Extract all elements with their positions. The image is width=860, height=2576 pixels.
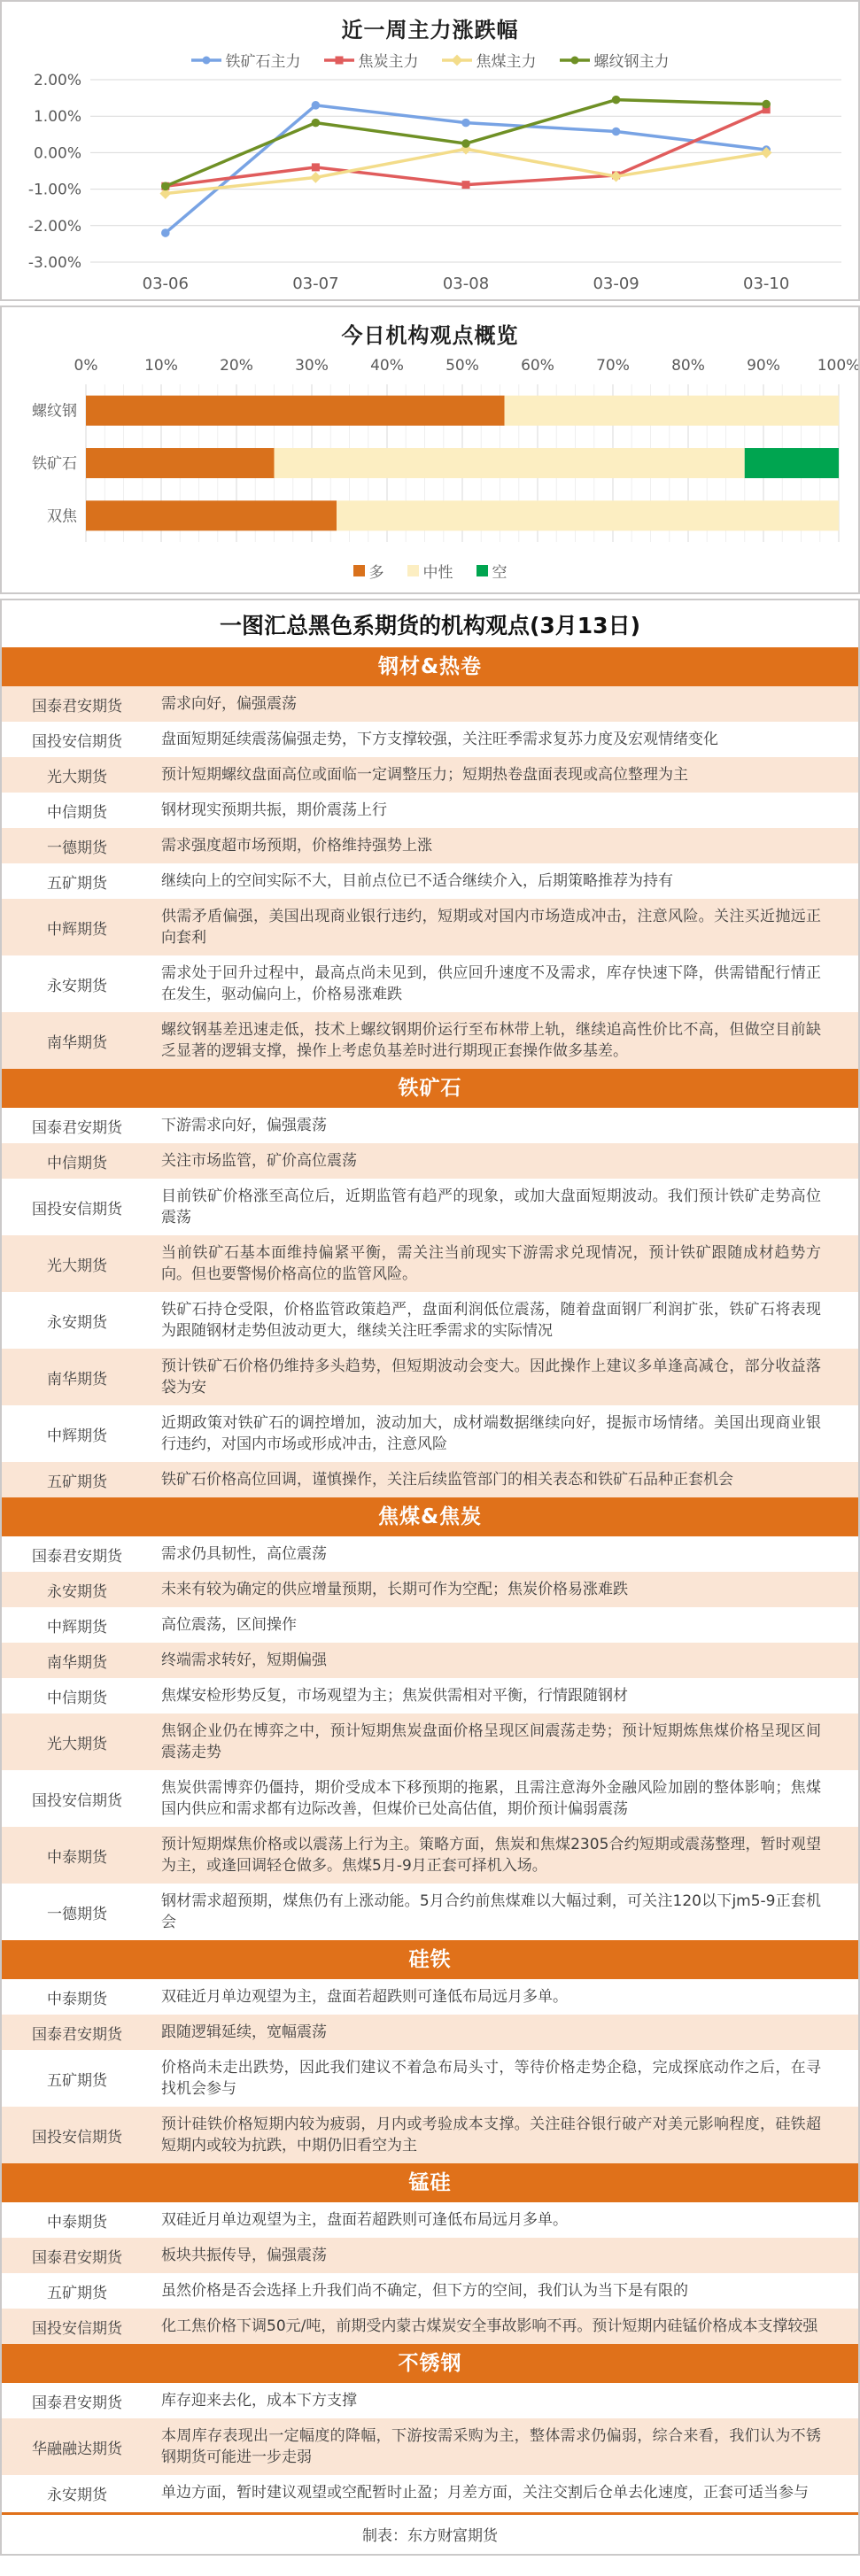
institution-cell: 国泰君安期货 bbox=[2, 2383, 152, 2418]
x-tick-label: 0% bbox=[74, 357, 98, 375]
institution-cell: 中辉期货 bbox=[2, 1405, 152, 1462]
institution-cell: 中信期货 bbox=[2, 1678, 152, 1713]
institution-cell: 光大期货 bbox=[2, 1713, 152, 1770]
table-row: 五矿期货价格尚未走出跌势，因此我们建议不着急布局头寸，等待价格走势企稳，完成探底… bbox=[2, 2050, 858, 2107]
legend-label: 空 bbox=[492, 560, 507, 582]
x-tick-label: 20% bbox=[220, 357, 253, 375]
category-label: 双焦 bbox=[47, 507, 78, 525]
opinion-cell: 焦钢企业仍在博弈之中，预计短期焦炭盘面价格呈现区间震荡走势；预计短期炼焦煤价格呈… bbox=[152, 1713, 821, 1770]
table-row: 永安期货需求处于回升过程中，最高点尚未见到，供应回升速度不及需求，库存快速下降，… bbox=[2, 955, 858, 1012]
opinion-cell: 供需矛盾偏强，美国出现商业银行违约，短期或对国内市场造成冲击，注意风险。关注买近… bbox=[152, 899, 821, 955]
x-tick-label: 10% bbox=[144, 357, 178, 375]
table-row: 永安期货单边方面，暂时建议观望或空配暂时止盈；月差方面，关注交割后仓单去化速度，… bbox=[2, 2475, 858, 2510]
table-row: 国泰君安期货下游需求向好，偏强震荡 bbox=[2, 1108, 858, 1143]
opinion-cell: 跟随逻辑延续，宽幅震荡 bbox=[152, 2015, 821, 2050]
table-row: 永安期货铁矿石持仓受限，价格监管政策趋严，盘面利润低位震荡，随着盘面钢厂利润扩张… bbox=[2, 1292, 858, 1349]
y-tick-label: 1.00% bbox=[34, 108, 81, 126]
institution-cell: 南华期货 bbox=[2, 1349, 152, 1405]
opinion-cell: 需求强度超市场预期，价格维持强势上涨 bbox=[152, 828, 821, 863]
legend-label: 焦炭主力 bbox=[359, 49, 419, 71]
table-row: 中信期货关注市场监管，矿价高位震荡 bbox=[2, 1143, 858, 1179]
table-body: 钢材&热卷国泰君安期货需求向好，偏强震荡国投安信期货盘面短期延续震荡偏强走势，下… bbox=[2, 647, 858, 2510]
legend-label: 中性 bbox=[423, 560, 453, 582]
institution-cell: 国投安信期货 bbox=[2, 2309, 152, 2344]
table-row: 华融融达期货本周库存表现出一定幅度的降幅，下游按需采购为主，整体需求仍偏弱，综合… bbox=[2, 2418, 858, 2475]
x-tick-label: 03-06 bbox=[143, 275, 189, 293]
table-row: 中辉期货供需矛盾偏强，美国出现商业银行违约，短期或对国内市场造成冲击，注意风险。… bbox=[2, 899, 858, 955]
table-row: 一德期货钢材需求超预期，煤焦仍有上涨动能。5月合约前焦煤难以大幅过剩，可关注12… bbox=[2, 1884, 858, 1940]
table-row: 国投安信期货化工焦价格下调50元/吨，前期受内蒙古煤炭安全事故影响不再。预计短期… bbox=[2, 2309, 858, 2344]
opinion-cell: 化工焦价格下调50元/吨，前期受内蒙古煤炭安全事故影响不再。预计短期内硅锰价格成… bbox=[152, 2309, 821, 2344]
x-tick-label: 03-07 bbox=[292, 275, 338, 293]
x-tick-label: 70% bbox=[596, 357, 630, 375]
x-tick-label: 60% bbox=[521, 357, 554, 375]
opinion-cell: 本周库存表现出一定幅度的降幅，下游按需采购为主，整体需求仍偏弱，综合来看，我们认… bbox=[152, 2418, 821, 2475]
legend-item: 多 bbox=[353, 560, 384, 582]
bar-segment-中性 bbox=[505, 396, 839, 426]
institution-cell: 国投安信期货 bbox=[2, 1179, 152, 1235]
institution-cell: 光大期货 bbox=[2, 757, 152, 793]
table-row: 中泰期货双硅近月单边观望为主，盘面若超跌则可逢低布局远月多单。 bbox=[2, 2202, 858, 2238]
legend-marker-icon bbox=[324, 54, 354, 66]
table-row: 南华期货螺纹钢基差迅速走低，技术上螺纹钢期价运行至布林带上轨，继续追高性价比不高… bbox=[2, 1012, 858, 1069]
opinion-cell: 继续向上的空间实际不大，目前点位已不适合继续介入，后期策略推荐为持有 bbox=[152, 863, 821, 899]
table-row: 中辉期货近期政策对铁矿石的调控增加，波动加大，成材端数据继续向好，提振市场情绪。… bbox=[2, 1405, 858, 1462]
section-header: 钢材&热卷 bbox=[2, 647, 858, 686]
x-tick-label: 90% bbox=[747, 357, 780, 375]
y-tick-label: -3.00% bbox=[28, 254, 81, 272]
category-label: 铁矿石 bbox=[32, 455, 77, 473]
opinion-cell: 铁矿石价格高位回调，谨慎操作，关注后续监管部门的相关表态和铁矿石品种正套机会 bbox=[152, 1462, 821, 1497]
table-row: 国泰君安期货板块共振传导，偏强震荡 bbox=[2, 2238, 858, 2273]
institution-cell: 永安期货 bbox=[2, 1572, 152, 1607]
table-row: 五矿期货继续向上的空间实际不大，目前点位已不适合继续介入，后期策略推荐为持有 bbox=[2, 863, 858, 899]
institution-cell: 五矿期货 bbox=[2, 2050, 152, 2107]
institution-cell: 中辉期货 bbox=[2, 899, 152, 955]
x-tick-label: 50% bbox=[445, 357, 479, 375]
table-row: 永安期货未来有较为确定的供应增量预期，长期可作为空配；焦炭价格易涨难跌 bbox=[2, 1572, 858, 1607]
x-tick-label: 80% bbox=[671, 357, 705, 375]
legend-item: 螺纹钢主力 bbox=[560, 49, 670, 71]
opinion-cell: 预计短期煤焦价格或以震荡上行为主。策略方面，焦炭和焦煤2305合约短期或震荡整理… bbox=[152, 1827, 821, 1884]
opinion-cell: 需求仍具韧性，高位震荡 bbox=[152, 1536, 821, 1572]
opinion-cell: 钢材现实预期共振，期价震荡上行 bbox=[152, 793, 821, 828]
institution-cell: 一德期货 bbox=[2, 1884, 152, 1940]
institution-cell: 国泰君安期货 bbox=[2, 1536, 152, 1572]
opinion-cell: 双硅近月单边观望为主，盘面若超跌则可逢低布局远月多单。 bbox=[152, 1979, 821, 2015]
institution-view-bar-chart-panel: 今日机构观点概览 0%10%20%30%40%50%60%70%80%90%10… bbox=[0, 306, 860, 594]
opinion-cell: 库存迎来去化，成本下方支撑 bbox=[152, 2383, 821, 2418]
institution-cell: 国泰君安期货 bbox=[2, 686, 152, 722]
opinion-cell: 铁矿石持仓受限，价格监管政策趋严，盘面利润低位震荡，随着盘面钢厂利润扩张，铁矿石… bbox=[152, 1292, 821, 1349]
table-row: 中泰期货预计短期煤焦价格或以震荡上行为主。策略方面，焦炭和焦煤2305合约短期或… bbox=[2, 1827, 858, 1884]
table-title: 一图汇总黑色系期货的机构观点(3月13日) bbox=[2, 600, 858, 647]
institution-cell: 中泰期货 bbox=[2, 1827, 152, 1884]
table-row: 光大期货当前铁矿石基本面维持偏紧平衡，需关注当前现实下游需求兑现情况，预计铁矿跟… bbox=[2, 1235, 858, 1292]
table-row: 国投安信期货盘面短期延续震荡偏强走势，下方支撑较强，关注旺季需求复苏力度及宏观情… bbox=[2, 722, 858, 757]
legend-item: 焦煤主力 bbox=[442, 49, 537, 71]
table-row: 中辉期货高位震荡，区间操作 bbox=[2, 1607, 858, 1643]
institution-cell: 永安期货 bbox=[2, 955, 152, 1012]
opinion-cell: 价格尚未走出跌势，因此我们建议不着急布局头寸，等待价格走势企稳，完成探底动作之后… bbox=[152, 2050, 821, 2107]
institution-cell: 南华期货 bbox=[2, 1643, 152, 1678]
legend-item: 空 bbox=[476, 560, 507, 582]
bar-chart-title: 今日机构观点概览 bbox=[2, 307, 858, 349]
table-row: 五矿期货虽然价格是否会选择上升我们尚不确定，但下方的空间，我们认为当下是有限的 bbox=[2, 2273, 858, 2309]
opinion-cell: 单边方面，暂时建议观望或空配暂时止盈；月差方面，关注交割后仓单去化速度，正套可适… bbox=[152, 2475, 821, 2510]
institution-cell: 中泰期货 bbox=[2, 1979, 152, 2015]
table-row: 五矿期货铁矿石价格高位回调，谨慎操作，关注后续监管部门的相关表态和铁矿石品种正套… bbox=[2, 1462, 858, 1497]
opinion-cell: 螺纹钢基差迅速走低，技术上螺纹钢期价运行至布林带上轨，继续追高性价比不高，但做空… bbox=[152, 1012, 821, 1069]
table-row: 光大期货焦钢企业仍在博弈之中，预计短期焦炭盘面价格呈现区间震荡走势；预计短期炼焦… bbox=[2, 1713, 858, 1770]
category-label: 螺纹钢 bbox=[32, 403, 77, 421]
bar-segment-多 bbox=[86, 448, 275, 478]
legend-label: 铁矿石主力 bbox=[226, 49, 301, 71]
table-row: 国泰君安期货库存迎来去化，成本下方支撑 bbox=[2, 2383, 858, 2418]
table-row: 中信期货焦煤安检形势反复，市场观望为主；焦炭供需相对平衡，行情跟随钢材 bbox=[2, 1678, 858, 1713]
opinion-cell: 焦煤安检形势反复，市场观望为主；焦炭供需相对平衡，行情跟随钢材 bbox=[152, 1678, 821, 1713]
opinion-cell: 双硅近月单边观望为主，盘面若超跌则可逢低布局远月多单。 bbox=[152, 2202, 821, 2238]
x-tick-label: 40% bbox=[370, 357, 404, 375]
institution-cell: 中泰期货 bbox=[2, 2202, 152, 2238]
institution-cell: 国泰君安期货 bbox=[2, 2238, 152, 2273]
institution-cell: 国投安信期货 bbox=[2, 1770, 152, 1827]
bar-segment-中性 bbox=[337, 500, 839, 530]
institution-cell: 南华期货 bbox=[2, 1012, 152, 1069]
opinion-cell: 终端需求转好，短期偏强 bbox=[152, 1643, 821, 1678]
opinion-cell: 虽然价格是否会选择上升我们尚不确定，但下方的空间，我们认为当下是有限的 bbox=[152, 2273, 821, 2309]
opinion-cell: 下游需求向好，偏强震荡 bbox=[152, 1108, 821, 1143]
table-row: 一德期货需求强度超市场预期，价格维持强势上涨 bbox=[2, 828, 858, 863]
opinion-cell: 预计短期螺纹盘面高位或面临一定调整压力；短期热卷盘面表现或高位整理为主 bbox=[152, 757, 821, 793]
table-row: 国泰君安期货需求仍具韧性，高位震荡 bbox=[2, 1536, 858, 1572]
line-chart-plot: 2.00%1.00%0.00%-1.00%-2.00%-3.00%03-0603… bbox=[2, 71, 858, 299]
opinion-cell: 关注市场监管，矿价高位震荡 bbox=[152, 1143, 821, 1179]
section-header: 不锈钢 bbox=[2, 2344, 858, 2383]
opinion-cell: 需求处于回升过程中，最高点尚未见到，供应回升速度不及需求，库存快速下降，供需错配… bbox=[152, 955, 821, 1012]
opinion-table-panel: 一图汇总黑色系期货的机构观点(3月13日) 钢材&热卷国泰君安期货需求向好，偏强… bbox=[0, 599, 860, 2556]
table-row: 中泰期货双硅近月单边观望为主，盘面若超跌则可逢低布局远月多单。 bbox=[2, 1979, 858, 2015]
section-header: 硅铁 bbox=[2, 1940, 858, 1979]
table-row: 国投安信期货目前铁矿价格涨至高位后，近期监管有趋严的现象，或加大盘面短期波动。我… bbox=[2, 1179, 858, 1235]
opinion-cell: 未来有较为确定的供应增量预期，长期可作为空配；焦炭价格易涨难跌 bbox=[152, 1572, 821, 1607]
institution-cell: 国泰君安期货 bbox=[2, 2015, 152, 2050]
institution-cell: 一德期货 bbox=[2, 828, 152, 863]
table-row: 国投安信期货预计硅铁价格短期内较为疲弱，月内或考验成本支撑。关注硅谷银行破产对美… bbox=[2, 2107, 858, 2163]
line-chart-legend: 铁矿石主力焦炭主力焦煤主力螺纹钢主力 bbox=[2, 43, 858, 71]
section-header: 焦煤&焦炭 bbox=[2, 1497, 858, 1536]
x-tick-label: 03-09 bbox=[593, 275, 639, 293]
section-header: 铁矿石 bbox=[2, 1069, 858, 1108]
legend-item: 中性 bbox=[407, 560, 453, 582]
bar-chart-plot: 0%10%20%30%40%50%60%70%80%90%100%螺纹钢铁矿石双… bbox=[2, 349, 858, 554]
legend-label: 螺纹钢主力 bbox=[594, 49, 670, 71]
opinion-cell: 盘面短期延续震荡偏强走势，下方支撑较强，关注旺季需求复苏力度及宏观情绪变化 bbox=[152, 722, 821, 757]
legend-swatch-icon bbox=[407, 565, 419, 576]
line-chart-title: 近一周主力涨跌幅 bbox=[2, 2, 858, 43]
x-tick-label: 03-10 bbox=[743, 275, 789, 293]
opinion-cell: 钢材需求超预期，煤焦仍有上涨动能。5月合约前焦煤难以大幅过剩，可关注120以下j… bbox=[152, 1884, 821, 1940]
bar-segment-空 bbox=[745, 448, 839, 478]
legend-marker-icon bbox=[560, 54, 590, 66]
bar-segment-多 bbox=[86, 500, 337, 530]
table-row: 南华期货预计铁矿石价格仍维持多头趋势，但短期波动会变大。因此操作上建议多单逢高减… bbox=[2, 1349, 858, 1405]
legend-marker-icon bbox=[191, 54, 221, 66]
bar-segment-多 bbox=[86, 396, 505, 426]
table-row: 国投安信期货焦炭供需博弈仍僵持，期价受成本下移预期的拖累，且需注意海外金融风险加… bbox=[2, 1770, 858, 1827]
opinion-cell: 目前铁矿价格涨至高位后，近期监管有趋严的现象，或加大盘面短期波动。我们预计铁矿走… bbox=[152, 1179, 821, 1235]
institution-cell: 国投安信期货 bbox=[2, 2107, 152, 2163]
legend-swatch-icon bbox=[353, 565, 365, 576]
institution-cell: 国投安信期货 bbox=[2, 722, 152, 757]
x-tick-label: 100% bbox=[817, 357, 858, 375]
table-row: 南华期货终端需求转好，短期偏强 bbox=[2, 1643, 858, 1678]
institution-cell: 国泰君安期货 bbox=[2, 1108, 152, 1143]
legend-item: 焦炭主力 bbox=[324, 49, 419, 71]
opinion-cell: 预计硅铁价格短期内较为疲弱，月内或考验成本支撑。关注硅谷银行破产对美元影响程度，… bbox=[152, 2107, 821, 2163]
legend-label: 焦煤主力 bbox=[476, 49, 537, 71]
table-row: 国泰君安期货需求向好，偏强震荡 bbox=[2, 686, 858, 722]
institution-cell: 中辉期货 bbox=[2, 1607, 152, 1643]
institution-cell: 五矿期货 bbox=[2, 2273, 152, 2309]
legend-swatch-icon bbox=[476, 565, 488, 576]
y-tick-label: 2.00% bbox=[34, 72, 81, 89]
table-row: 国泰君安期货跟随逻辑延续，宽幅震荡 bbox=[2, 2015, 858, 2050]
opinion-cell: 当前铁矿石基本面维持偏紧平衡，需关注当前现实下游需求兑现情况，预计铁矿跟随成材趋… bbox=[152, 1235, 821, 1292]
opinion-cell: 需求向好，偏强震荡 bbox=[152, 686, 821, 722]
institution-cell: 永安期货 bbox=[2, 2475, 152, 2510]
y-tick-label: -1.00% bbox=[28, 182, 81, 199]
legend-label: 多 bbox=[369, 560, 384, 582]
weekly-change-line-chart-panel: 近一周主力涨跌幅 铁矿石主力焦炭主力焦煤主力螺纹钢主力 2.00%1.00%0.… bbox=[0, 0, 860, 301]
institution-cell: 五矿期货 bbox=[2, 1462, 152, 1497]
legend-marker-icon bbox=[442, 54, 472, 66]
opinion-cell: 高位震荡，区间操作 bbox=[152, 1607, 821, 1643]
opinion-cell: 焦炭供需博弈仍僵持，期价受成本下移预期的拖累，且需注意海外金融风险加剧的整体影响… bbox=[152, 1770, 821, 1827]
institution-cell: 光大期货 bbox=[2, 1235, 152, 1292]
opinion-cell: 近期政策对铁矿石的调控增加，波动加大，成材端数据继续向好，提振市场情绪。美国出现… bbox=[152, 1405, 821, 1462]
section-header: 锰硅 bbox=[2, 2163, 858, 2202]
opinion-cell: 预计铁矿石价格仍维持多头趋势，但短期波动会变大。因此操作上建议多单逢高减仓，部分… bbox=[152, 1349, 821, 1405]
y-tick-label: -2.00% bbox=[28, 218, 81, 236]
institution-cell: 华融融达期货 bbox=[2, 2418, 152, 2475]
institution-cell: 中信期货 bbox=[2, 1143, 152, 1179]
x-tick-label: 30% bbox=[295, 357, 329, 375]
table-row: 中信期货钢材现实预期共振，期价震荡上行 bbox=[2, 793, 858, 828]
table-row: 光大期货预计短期螺纹盘面高位或面临一定调整压力；短期热卷盘面表现或高位整理为主 bbox=[2, 757, 858, 793]
institution-cell: 永安期货 bbox=[2, 1292, 152, 1349]
bar-chart-legend: 多中性空 bbox=[2, 554, 858, 592]
bar-segment-中性 bbox=[275, 448, 745, 478]
y-tick-label: 0.00% bbox=[34, 144, 81, 162]
opinion-cell: 板块共振传导，偏强震荡 bbox=[152, 2238, 821, 2273]
footer-credit: 制表：东方财富期货 bbox=[2, 2515, 858, 2554]
institution-cell: 五矿期货 bbox=[2, 863, 152, 899]
legend-item: 铁矿石主力 bbox=[191, 49, 301, 71]
institution-cell: 中信期货 bbox=[2, 793, 152, 828]
x-tick-label: 03-08 bbox=[443, 275, 489, 293]
